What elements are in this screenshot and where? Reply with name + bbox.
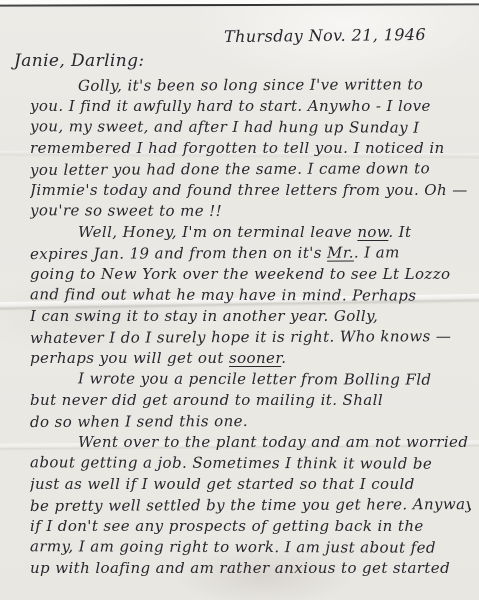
letter-body: Golly, it's been so long since I've writ… [30,76,471,580]
letter-line: Jimmie's today and found three letters f… [30,181,471,202]
scanned-letter: Thursday Nov. 21, 1946 Janie, Darling: G… [0,0,479,600]
letter-line: you're so sweet to me !! [30,201,471,224]
letter-line: you. I find it awfully hard to start. An… [30,97,471,118]
letter-date: Thursday Nov. 21, 1946 [224,25,426,46]
letter-line: Golly, it's been so long since I've writ… [30,75,471,98]
letter-line: you, my sweet, and after I had hung up S… [30,117,471,140]
letter-line: remembered I had forgotten to tell you. … [30,139,471,160]
letter-line: army, I am going right to work. I am jus… [30,537,471,560]
letter-line: but never did get around to mailing it. … [30,391,471,412]
letter-line: whatever I do I surely hope it is right.… [30,327,471,350]
letter-line: I wrote you a pencile letter from Bollin… [30,369,471,392]
letter-line: do so when I send this one. [30,411,471,434]
letter-line: you letter you had done the same. I came… [30,159,471,182]
letter-line: be pretty well settled by the time you g… [30,495,471,518]
letter-paper: Thursday Nov. 21, 1946 Janie, Darling: G… [0,6,479,600]
letter-line: and find out what he may have in mind. P… [30,285,471,308]
letter-line: about getting a job. Sometimes I think i… [30,453,471,476]
letter-line: just as well if I would get started so t… [30,475,471,496]
letter-salutation: Janie, Darling: [14,51,145,71]
letter-line: going to New York over the weekend to se… [30,265,471,286]
letter-line: up with loafing and am rather anxious to… [30,559,471,580]
letter-line: Well, Honey, I'm on terminal leave now. … [30,223,471,244]
letter-line: Went over to the plant today and am not … [30,433,471,454]
letter-line: if I don't see any prospects of getting … [30,517,471,538]
letter-line: expires Jan. 19 and from then on it's Mr… [30,243,471,266]
letter-line: perhaps you will get out sooner. [30,349,471,370]
letter-line: I can swing it to stay in another year. … [30,307,471,328]
